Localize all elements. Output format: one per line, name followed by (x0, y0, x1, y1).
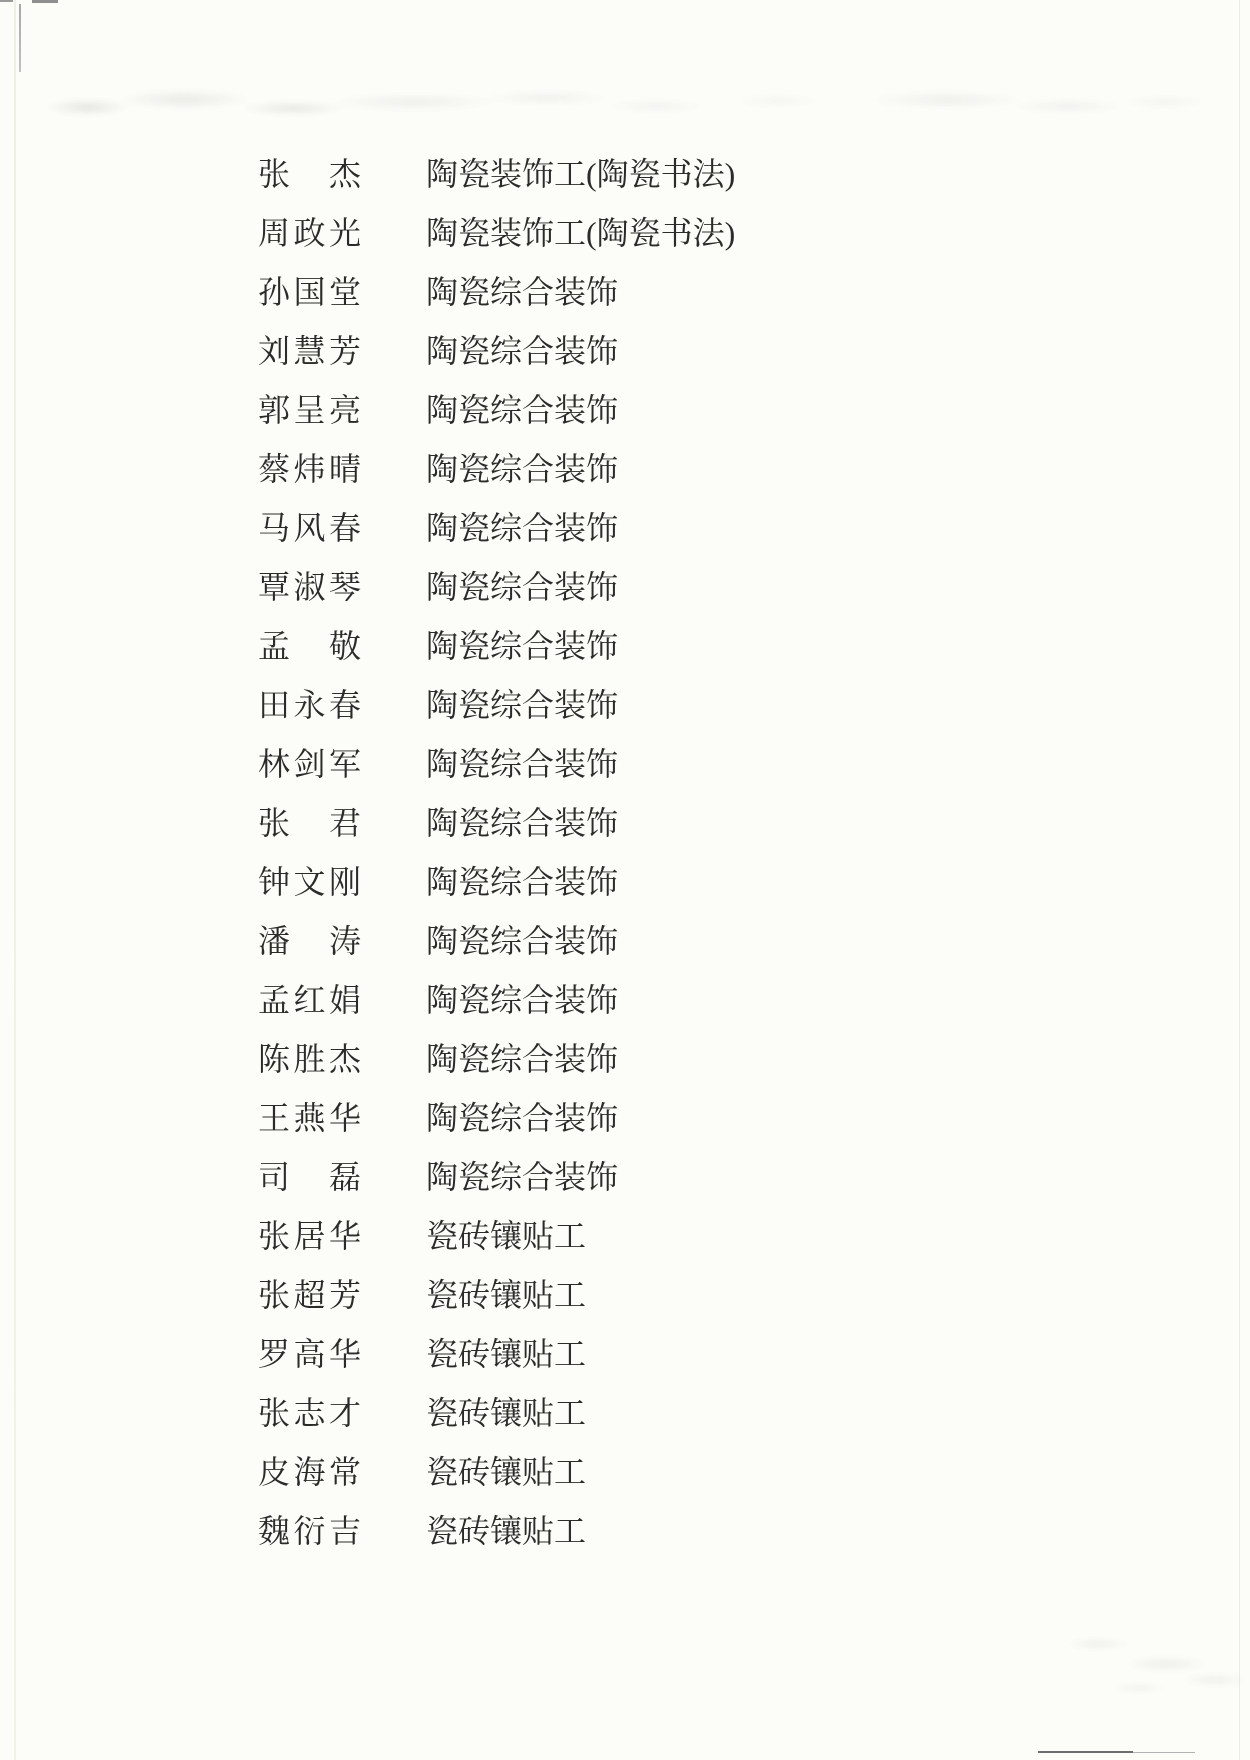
occupation: 瓷砖镶贴工 (426, 1384, 586, 1443)
occupation: 陶瓷综合装饰 (426, 735, 618, 794)
occupation: 瓷砖镶贴工 (426, 1325, 586, 1384)
occupation: 陶瓷综合装饰 (426, 1148, 618, 1207)
table-row: 孙国堂陶瓷综合装饰 (258, 263, 361, 322)
occupation: 陶瓷综合装饰 (426, 617, 618, 676)
table-row: 孟红娟陶瓷综合装饰 (258, 971, 361, 1030)
person-name: 林剑军 (258, 735, 361, 794)
person-name: 孙国堂 (258, 263, 361, 322)
table-row: 钟文刚陶瓷综合装饰 (258, 853, 361, 912)
table-row: 司磊陶瓷综合装饰 (258, 1148, 361, 1207)
person-name: 蔡炜晴 (258, 440, 361, 499)
table-row: 王燕华陶瓷综合装饰 (258, 1089, 361, 1148)
person-name: 皮海常 (258, 1443, 361, 1502)
person-name: 刘慧芳 (258, 322, 361, 381)
person-name: 陈胜杰 (258, 1030, 361, 1089)
table-row: 蔡炜晴陶瓷综合装饰 (258, 440, 361, 499)
person-name: 张居华 (258, 1207, 361, 1266)
table-row: 周政光陶瓷装饰工(陶瓷书法) (258, 204, 361, 263)
person-name: 王燕华 (258, 1089, 361, 1148)
table-row: 张志才瓷砖镶贴工 (258, 1384, 361, 1443)
person-name: 魏衍吉 (258, 1502, 361, 1561)
occupation: 瓷砖镶贴工 (426, 1207, 586, 1266)
occupation: 瓷砖镶贴工 (426, 1266, 586, 1325)
table-row: 孟敬陶瓷综合装饰 (258, 617, 361, 676)
person-name: 张志才 (258, 1384, 361, 1443)
person-name: 周政光 (258, 204, 361, 263)
occupation: 陶瓷综合装饰 (426, 853, 618, 912)
table-row: 皮海常瓷砖镶贴工 (258, 1443, 361, 1502)
person-name: 罗高华 (258, 1325, 361, 1384)
occupation: 陶瓷综合装饰 (426, 1030, 618, 1089)
person-name: 张君 (258, 794, 361, 853)
occupation: 陶瓷综合装饰 (426, 558, 618, 617)
occupation: 陶瓷综合装饰 (426, 676, 618, 735)
person-name: 郭呈亮 (258, 381, 361, 440)
table-row: 张居华瓷砖镶贴工 (258, 1207, 361, 1266)
occupation: 陶瓷综合装饰 (426, 971, 618, 1030)
person-name: 潘涛 (258, 912, 361, 971)
table-row: 魏衍吉瓷砖镶贴工 (258, 1502, 361, 1561)
occupation: 瓷砖镶贴工 (426, 1443, 586, 1502)
occupation: 陶瓷装饰工(陶瓷书法) (426, 145, 735, 204)
table-row: 覃淑琴陶瓷综合装饰 (258, 558, 361, 617)
occupation: 陶瓷综合装饰 (426, 912, 618, 971)
occupation: 陶瓷综合装饰 (426, 381, 618, 440)
table-row: 刘慧芳陶瓷综合装饰 (258, 322, 361, 381)
person-name: 覃淑琴 (258, 558, 361, 617)
occupation: 瓷砖镶贴工 (426, 1502, 586, 1561)
table-row: 张超芳瓷砖镶贴工 (258, 1266, 361, 1325)
table-row: 张君陶瓷综合装饰 (258, 794, 361, 853)
name-occupation-list: 张杰陶瓷装饰工(陶瓷书法)周政光陶瓷装饰工(陶瓷书法)孙国堂陶瓷综合装饰刘慧芳陶… (0, 0, 1250, 1760)
table-row: 陈胜杰陶瓷综合装饰 (258, 1030, 361, 1089)
table-row: 罗高华瓷砖镶贴工 (258, 1325, 361, 1384)
occupation: 陶瓷综合装饰 (426, 263, 618, 322)
occupation: 陶瓷综合装饰 (426, 794, 618, 853)
person-name: 孟红娟 (258, 971, 361, 1030)
person-name: 孟敬 (258, 617, 361, 676)
person-name: 田永春 (258, 676, 361, 735)
table-row: 马风春陶瓷综合装饰 (258, 499, 361, 558)
table-row: 潘涛陶瓷综合装饰 (258, 912, 361, 971)
occupation: 陶瓷综合装饰 (426, 1089, 618, 1148)
person-name: 马风春 (258, 499, 361, 558)
scanned-document-page: 张杰陶瓷装饰工(陶瓷书法)周政光陶瓷装饰工(陶瓷书法)孙国堂陶瓷综合装饰刘慧芳陶… (0, 0, 1250, 1760)
occupation: 陶瓷综合装饰 (426, 499, 618, 558)
table-row: 郭呈亮陶瓷综合装饰 (258, 381, 361, 440)
person-name: 钟文刚 (258, 853, 361, 912)
occupation: 陶瓷综合装饰 (426, 440, 618, 499)
person-name: 司磊 (258, 1148, 361, 1207)
occupation: 陶瓷装饰工(陶瓷书法) (426, 204, 735, 263)
table-row: 张杰陶瓷装饰工(陶瓷书法) (258, 145, 361, 204)
occupation: 陶瓷综合装饰 (426, 322, 618, 381)
person-name: 张超芳 (258, 1266, 361, 1325)
table-row: 田永春陶瓷综合装饰 (258, 676, 361, 735)
table-row: 林剑军陶瓷综合装饰 (258, 735, 361, 794)
person-name: 张杰 (258, 145, 361, 204)
